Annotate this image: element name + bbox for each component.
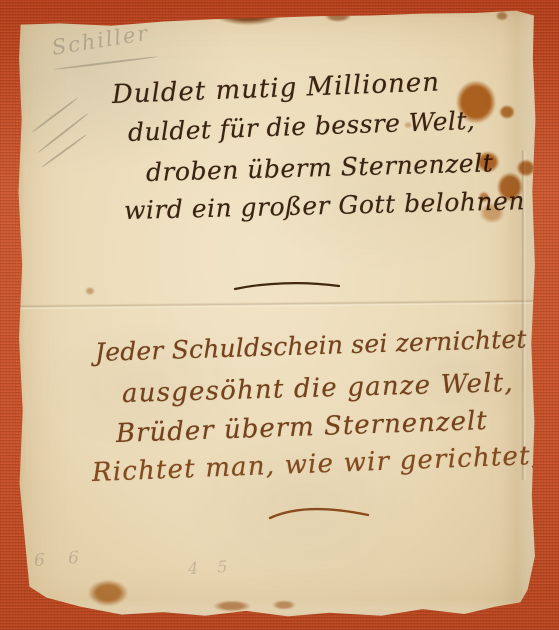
manuscript-paper: Schiller Duldet mutig Millionen duldet f… bbox=[18, 10, 537, 617]
verse-line: ausgesöhnt die ganze Welt, bbox=[122, 370, 514, 407]
verse-line: Jeder Schuldschein sei zernichtet bbox=[95, 326, 527, 365]
verse-stanza-2: Jeder Schuldschein sei zernichtet ausges… bbox=[18, 10, 537, 617]
verse-line: Richtet man, wie wir gerichtet, bbox=[92, 443, 541, 486]
verse-line: Brüder überm Sternenzelt bbox=[116, 408, 489, 447]
fabric-backdrop: Schiller Duldet mutig Millionen duldet f… bbox=[0, 0, 559, 630]
